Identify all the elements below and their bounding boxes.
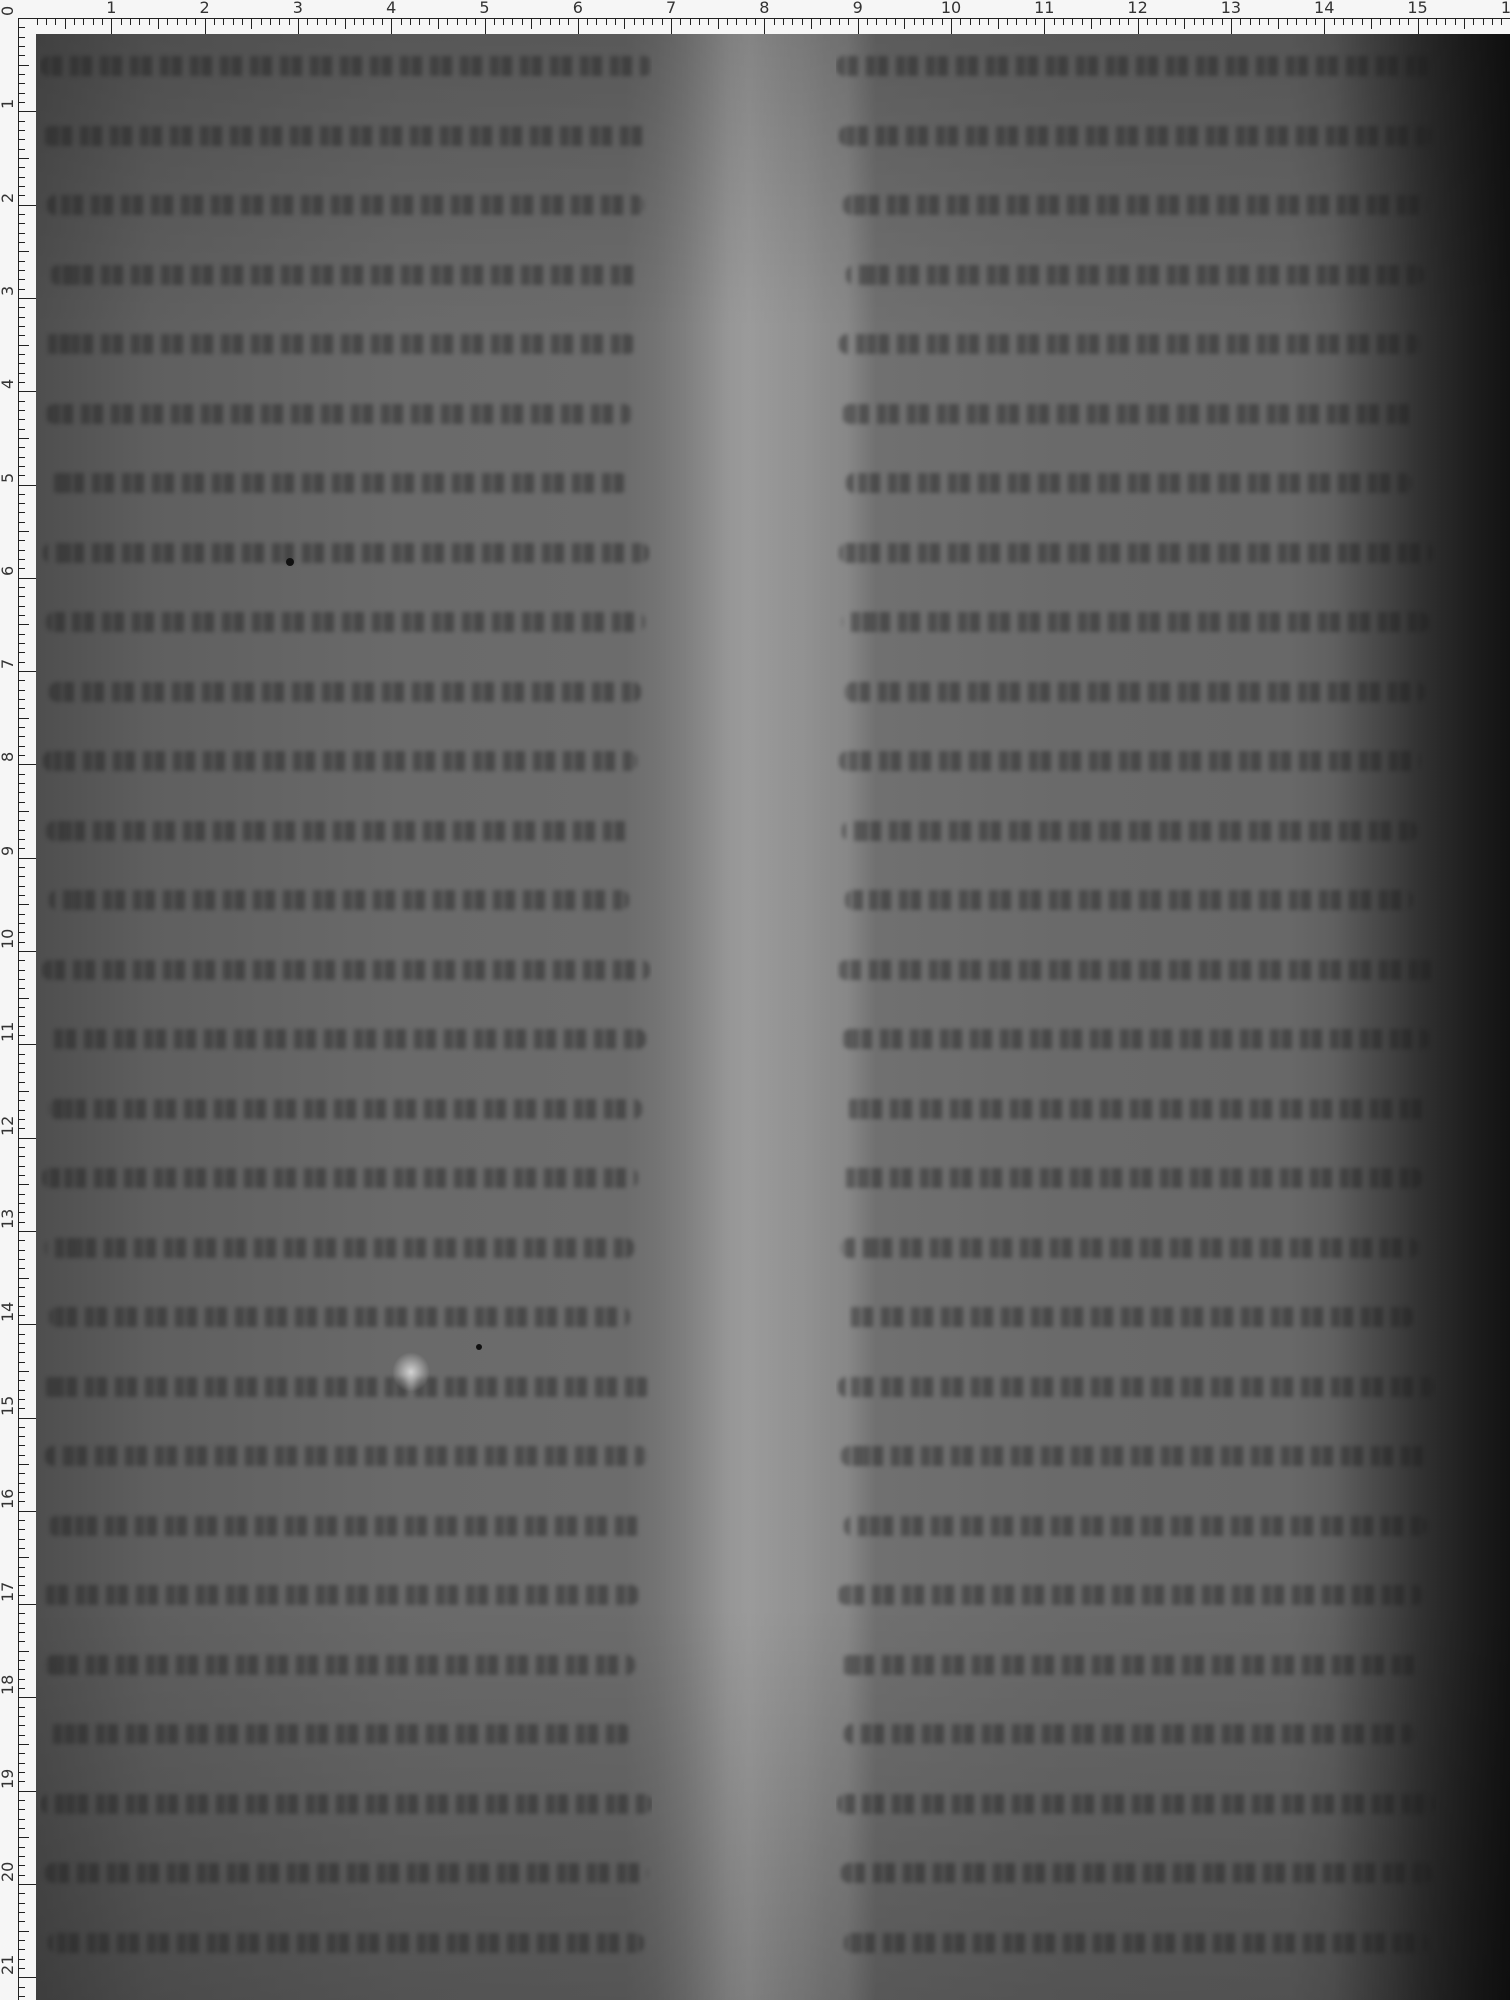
ruler-tick (578, 18, 579, 34)
ruler-tick (270, 18, 271, 25)
ruler-tick (18, 1240, 25, 1241)
manuscript-text-line (843, 195, 1429, 215)
ruler-label: 3 (0, 286, 16, 296)
ruler-tick (624, 18, 625, 29)
ruler-tick (18, 512, 25, 513)
ruler-tick (18, 1184, 29, 1185)
ruler-tick (18, 438, 29, 439)
ruler-tick (18, 1044, 36, 1045)
ruler-tick (18, 93, 25, 94)
ruler-label: 12 (0, 1115, 16, 1135)
ruler-tick (1250, 18, 1251, 25)
ruler-tick (18, 1847, 25, 1848)
ruler-tick (18, 251, 29, 252)
ruler-tick (18, 1334, 25, 1335)
ruler-label: 15 (1407, 0, 1427, 16)
ruler-tick (18, 83, 25, 84)
ruler-label: 18 (0, 1675, 16, 1695)
ruler-tick (18, 382, 25, 383)
ruler-tick (18, 1893, 25, 1894)
ruler-tick (18, 1837, 29, 1838)
ruler-tick (102, 18, 103, 25)
ruler-tick (18, 1315, 25, 1316)
ruler-tick (242, 18, 243, 25)
ruler-tick (18, 167, 25, 168)
ruler-tick (279, 18, 280, 25)
manuscript-text-line (45, 1446, 647, 1466)
ruler-tick (18, 718, 29, 719)
manuscript-text-line (845, 682, 1425, 702)
ruler-tick (18, 1119, 25, 1120)
ruler-tick (774, 18, 775, 25)
manuscript-text-line (838, 1377, 1435, 1397)
ruler-tick (18, 1809, 25, 1810)
ruler-tick (18, 783, 25, 784)
ruler-label: 14 (0, 1302, 16, 1322)
ruler-tick (512, 18, 513, 25)
ruler-tick (18, 1819, 25, 1820)
ruler-tick (18, 960, 25, 961)
ruler-tick (18, 121, 25, 122)
ruler-tick (111, 18, 112, 34)
ruler-tick (18, 904, 29, 905)
ruler-tick (904, 18, 905, 29)
ruler-tick (960, 18, 961, 25)
ruler-tick (18, 447, 25, 448)
ruler-tick (18, 951, 36, 952)
ruler-tick (18, 1828, 25, 1829)
ruler-tick (18, 1156, 25, 1157)
ruler-label: 10 (941, 0, 961, 16)
ruler-tick (18, 615, 25, 616)
ruler-tick (18, 1352, 25, 1353)
manuscript-text-line (42, 1168, 638, 1188)
ruler-tick (18, 158, 29, 159)
ruler-tick (1436, 18, 1437, 25)
ruler-tick (18, 1884, 36, 1885)
ruler-tick (718, 18, 719, 29)
manuscript-text-line (838, 960, 1434, 980)
ruler-tick (429, 18, 430, 25)
vertical-ruler-bar (18, 18, 36, 2000)
ruler-label: 17 (0, 1582, 16, 1602)
ruler-tick (139, 18, 140, 25)
ruler-tick (18, 1278, 29, 1279)
ruler-tick (18, 1688, 25, 1689)
ruler-tick (914, 18, 915, 25)
ruler-tick (186, 18, 187, 25)
ruler-tick (391, 18, 392, 34)
ruler-tick (18, 540, 25, 541)
ruler-label: 21 (0, 1955, 16, 1975)
manuscript-text-line (45, 1863, 649, 1883)
ruler-tick (18, 914, 25, 915)
ruler-tick (1259, 18, 1260, 25)
ruler-tick (1156, 18, 1157, 25)
ruler-tick (18, 792, 25, 793)
ruler-tick (335, 18, 336, 25)
ruler-tick (1380, 18, 1381, 25)
ruler-label: 7 (0, 659, 16, 669)
ruler-tick (18, 1595, 25, 1596)
ruler-tick (1100, 18, 1101, 25)
ruler-tick (18, 111, 36, 112)
ruler-tick (18, 643, 25, 644)
ruler-tick (18, 998, 29, 999)
ruler-tick (18, 345, 29, 346)
manuscript-text-line (839, 543, 1433, 563)
manuscript-text-line (43, 126, 648, 146)
ruler-tick (18, 839, 25, 840)
ruler-tick (18, 942, 25, 943)
ruler-tick (18, 186, 25, 187)
ruler-tick (1296, 18, 1297, 25)
ruler-tick (18, 830, 25, 831)
manuscript-text-line (41, 1794, 652, 1814)
manuscript-text-line (846, 265, 1424, 285)
ruler-label: 5 (0, 472, 16, 482)
ruler-tick (522, 18, 523, 25)
ruler-tick (74, 18, 75, 25)
ruler-tick (18, 820, 25, 821)
ruler-tick (18, 1697, 36, 1698)
ruler-tick (438, 18, 439, 29)
ruler-tick (307, 18, 308, 25)
ruler-tick (18, 1016, 25, 1017)
ruler-tick (65, 18, 66, 29)
ruler-tick (643, 18, 644, 25)
ruler-tick (18, 1091, 29, 1092)
central-gutter (656, 34, 826, 2000)
ruler-tick (895, 18, 896, 25)
ruler-tick (466, 18, 467, 25)
ruler-tick (18, 1781, 25, 1782)
ruler-tick (18, 652, 25, 653)
ruler-label: 11 (1034, 0, 1054, 16)
manuscript-text-line (40, 56, 652, 76)
ruler-tick (1222, 18, 1223, 25)
ruler-label: 1 (0, 99, 16, 109)
ruler-tick (18, 624, 29, 625)
ruler-tick (1408, 18, 1409, 25)
ruler-tick (615, 18, 616, 25)
ruler-tick (662, 18, 663, 25)
ruler-tick (708, 18, 709, 25)
manuscript-text-line (42, 960, 650, 980)
ruler-label: 8 (759, 0, 769, 16)
ruler-tick (18, 578, 36, 579)
ruler-tick (18, 1371, 29, 1372)
ruler-tick (419, 18, 420, 25)
ruler-tick (690, 18, 691, 25)
manuscript-text-line (839, 751, 1422, 771)
ruler-tick (18, 1212, 25, 1213)
ruler-tick (858, 18, 859, 34)
ruler-tick (18, 1791, 36, 1792)
ruler-tick (1473, 18, 1474, 25)
manuscript-text-line (845, 1099, 1426, 1119)
manuscript-text-line (43, 334, 636, 354)
ruler-tick (18, 736, 25, 737)
ruler-tick (261, 18, 262, 25)
manuscript-text-line (845, 1307, 1415, 1327)
ruler-tick (18, 354, 25, 355)
ruler-tick (18, 690, 25, 691)
ruler-tick (18, 886, 25, 887)
ruler-tick (18, 1725, 25, 1726)
ruler-tick (1455, 18, 1456, 25)
ruler-tick (475, 18, 476, 25)
ruler-tick (923, 18, 924, 25)
ruler-tick (401, 18, 402, 25)
ruler-tick (18, 1959, 25, 1960)
ruler-tick (18, 149, 25, 150)
manuscript-text-line (46, 821, 633, 841)
vertical-ruler: 0123456789101112131415161718192021 (0, 0, 36, 2000)
horizontal-ruler: 01234567891011121314151 (0, 0, 1510, 34)
manuscript-text-line (842, 404, 1416, 424)
ruler-tick (298, 18, 299, 34)
ruler-tick (1390, 18, 1391, 25)
ruler-tick (1306, 18, 1307, 25)
ruler-tick (18, 1931, 29, 1932)
ruler-tick (18, 457, 25, 458)
ruler-tick (18, 848, 25, 849)
ruler-tick (18, 18, 36, 19)
ruler-tick (18, 1651, 29, 1652)
manuscript-text-line (49, 682, 641, 702)
ruler-tick (1324, 18, 1325, 34)
ruler-tick (233, 18, 234, 25)
ruler-tick (18, 74, 25, 75)
ruler-tick (18, 1473, 25, 1474)
ruler-label: 6 (573, 0, 583, 16)
manuscript-text-line (838, 1585, 1424, 1605)
ruler-tick (18, 298, 36, 299)
ruler-tick (317, 18, 318, 25)
ruler-label: 3 (293, 0, 303, 16)
ruler-tick (18, 1007, 25, 1008)
ruler-tick (177, 18, 178, 25)
manuscript-text-line (837, 1794, 1436, 1814)
ruler-tick (18, 1380, 25, 1381)
ruler-tick (18, 1996, 25, 1997)
ruler-label: 13 (0, 1209, 16, 1229)
manuscript-text-line (842, 821, 1417, 841)
ruler-tick (18, 1436, 25, 1437)
ruler-tick (1044, 18, 1045, 34)
ruler-tick (18, 1035, 25, 1036)
ruler-tick (93, 18, 94, 25)
ruler-tick (83, 18, 84, 25)
ruler-tick (18, 550, 25, 551)
ruler-tick (942, 18, 943, 25)
ruler-tick (792, 18, 793, 25)
ruler-tick (18, 1903, 25, 1904)
ruler-tick (18, 1231, 36, 1232)
ruler-tick (18, 1529, 25, 1530)
ruler-tick (18, 708, 25, 709)
ruler-tick (596, 18, 597, 25)
ruler-tick (457, 18, 458, 25)
ruler-tick (18, 363, 25, 364)
ruler-tick (46, 18, 47, 25)
ruler-tick (18, 1604, 36, 1605)
ruler-label: 2 (200, 0, 210, 16)
manuscript-text-line (49, 1307, 631, 1327)
ruler-tick (18, 1483, 25, 1484)
ruler-tick (1147, 18, 1148, 25)
ruler-label: 12 (1127, 0, 1147, 16)
ruler-tick (18, 177, 25, 178)
ruler-tick (1464, 18, 1465, 29)
manuscript-text-line (841, 1655, 1419, 1675)
ruler-tick (18, 1343, 25, 1344)
ruler-tick (18, 932, 25, 933)
ruler-tick (55, 18, 56, 25)
ruler-tick (18, 1968, 25, 1969)
ruler-tick (18, 1501, 25, 1502)
ruler-label: 19 (0, 1768, 16, 1788)
manuscript-text-line (839, 126, 1432, 146)
ruler-tick (18, 1753, 25, 1754)
ruler-tick (251, 18, 252, 29)
ruler-tick (802, 18, 803, 25)
ruler-tick (18, 1763, 25, 1764)
ruler-tick (18, 867, 25, 868)
ruler-label: 9 (0, 846, 16, 856)
ruler-tick (18, 1716, 25, 1717)
ruler-tick (970, 18, 971, 25)
ruler-tick (18, 1259, 25, 1260)
manuscript-text-line (841, 1446, 1431, 1466)
manuscript-text-line (844, 1516, 1427, 1536)
ruler-tick (18, 1623, 25, 1624)
manuscript-text-line (42, 1377, 651, 1397)
ruler-label: 10 (0, 929, 16, 949)
ruler-tick (18, 531, 29, 532)
ruler-tick (1194, 18, 1195, 25)
ruler-tick (550, 18, 551, 25)
ruler-tick (18, 1445, 25, 1446)
ruler-tick (783, 18, 784, 25)
ruler-tick (18, 1679, 25, 1680)
ruler-tick (18, 1250, 25, 1251)
ruler-tick (764, 18, 765, 34)
ruler-tick (18, 1744, 29, 1745)
ruler-tick (18, 559, 25, 560)
manuscript-text-line (47, 195, 645, 215)
manuscript-text-line (842, 1029, 1431, 1049)
ruler-tick (18, 1464, 29, 1465)
ruler-tick (18, 391, 36, 392)
ruler-tick (223, 18, 224, 25)
ruler-tick (18, 261, 25, 262)
ruler-tick (18, 1567, 25, 1568)
ruler-tick (18, 1194, 25, 1195)
ruler-tick (18, 746, 25, 747)
ruler-tick (18, 988, 25, 989)
ruler-tick (167, 18, 168, 25)
ruler-tick (18, 289, 25, 290)
ruler-tick (18, 1306, 25, 1307)
ruler-tick (830, 18, 831, 25)
ruler-tick (18, 466, 25, 467)
ruler-tick (18, 139, 25, 140)
ruler-tick (18, 242, 25, 243)
ruler-label: 1 (106, 0, 116, 16)
ruler-tick (988, 18, 989, 25)
ruler-tick (1016, 18, 1017, 25)
ruler-tick (18, 1800, 25, 1801)
ruler-tick (1184, 18, 1185, 29)
ruler-label: 16 (0, 1488, 16, 1508)
ruler-tick (979, 18, 980, 25)
ruler-tick (755, 18, 756, 25)
ruler-tick (18, 1222, 25, 1223)
ruler-tick (18, 1147, 25, 1148)
ruler-tick (652, 18, 653, 25)
ruler-tick (1501, 18, 1502, 25)
ruler-tick (18, 195, 25, 196)
ruler-tick (18, 764, 36, 765)
ruler-tick (410, 18, 411, 25)
ruler-tick (18, 1912, 25, 1913)
ruler-tick (18, 1539, 25, 1540)
ruler-tick (727, 18, 728, 25)
ruler-label: 8 (0, 752, 16, 762)
ruler-tick (485, 18, 486, 34)
ruler-label: 13 (1221, 0, 1241, 16)
ruler-tick (18, 876, 25, 877)
manuscript-text-line (49, 1099, 642, 1119)
ruler-tick (1138, 18, 1139, 34)
ruler-tick (18, 1641, 25, 1642)
ink-spot (476, 1344, 482, 1350)
ruler-tick (18, 130, 25, 131)
ruler-tick (18, 1557, 29, 1558)
ruler-tick (1203, 18, 1204, 25)
right-text-column (836, 44, 1436, 1994)
manuscript-text-line (46, 404, 632, 424)
ruler-tick (18, 1632, 25, 1633)
ruler-tick (18, 1390, 25, 1391)
ruler-tick (363, 18, 364, 25)
manuscript-text-line (42, 1585, 640, 1605)
ruler-tick (1334, 18, 1335, 25)
ruler-label: 2 (0, 192, 16, 202)
ruler-tick (18, 1865, 25, 1866)
ruler-label: 11 (0, 1022, 16, 1042)
ruler-tick (158, 18, 159, 29)
ruler-tick (18, 1576, 25, 1577)
ruler-tick (886, 18, 887, 25)
ruler-tick (951, 18, 952, 34)
ruler-tick (18, 1772, 25, 1773)
ruler-tick (18, 1362, 25, 1363)
ruler-tick (18, 1940, 25, 1941)
ruler-tick (18, 979, 25, 980)
reflective-spot (392, 1352, 430, 1392)
ruler-tick (18, 1875, 25, 1876)
ruler-tick (18, 1455, 25, 1456)
manuscript-text-line (839, 334, 1420, 354)
ruler-tick (18, 634, 25, 635)
ruler-tick (18, 1072, 25, 1073)
ruler-tick (1362, 18, 1363, 25)
ruler-tick (18, 680, 25, 681)
ruler-tick (540, 18, 541, 25)
